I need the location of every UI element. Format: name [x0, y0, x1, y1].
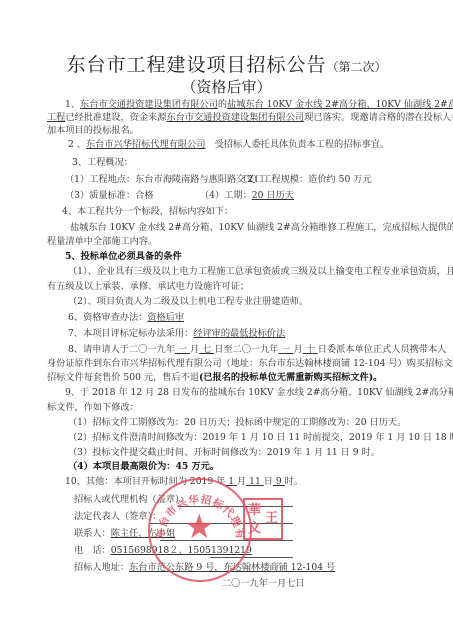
- para-8-line-1: 8、请申请人于二〇一九年 一 月 七 日至二〇一九年 一 月 十 日委派本单位正…: [68, 344, 446, 356]
- seal-char: 王: [265, 510, 278, 528]
- text: 8、请申请人于二〇一九年: [68, 344, 175, 355]
- para-4-line-1: 盐城东台 10KV 金水线 2#高分箱、10KV 仙湖线 2#高分箱维修工程施工…: [70, 222, 453, 234]
- start-month: 一: [175, 344, 190, 355]
- text: 时。: [285, 476, 303, 487]
- para-4-heading: 4、本工程共分一个标段，招标内容如下：: [62, 206, 233, 218]
- seal-char: 文: [248, 520, 261, 538]
- text: 日委派本单位正式人员携带本人: [318, 344, 447, 355]
- label: 联系人：: [74, 528, 111, 539]
- para-1-line-3: 加本项目的投标报名。: [47, 125, 139, 137]
- end-month: 一: [278, 344, 293, 355]
- owner-name: 东台市交通投资建设集团有限公司: [80, 99, 218, 110]
- seal-char: 華: [248, 502, 261, 520]
- amendment-4: （4）本项目最高限价为：45 万元。: [68, 461, 219, 473]
- document-title: 东台市工程建设项目招标公告（第二次）: [0, 50, 453, 77]
- end-day: 十: [303, 344, 318, 355]
- text: 日: [264, 476, 273, 487]
- para-number: 1、: [65, 99, 80, 110]
- company-seal-stamp: 东台市兴华招标代理有限公司 ★: [148, 478, 252, 582]
- project-scale: （2）工程规模：造价约 50 万元: [238, 174, 372, 186]
- open-hour: 9: [273, 476, 285, 487]
- text: 已经批准建设，资金来源: [65, 112, 166, 123]
- amendment-2: （2）招标文件澄清时间修改为：2019 年 1 月 10 日 11 时前提交，2…: [68, 432, 453, 444]
- para-7: 7、本项目评标定标办法采用：经评审的最低投标价法: [68, 328, 285, 340]
- label: 招标人地址：: [74, 562, 129, 573]
- label: 7、本项目评标定标办法采用：: [68, 328, 193, 339]
- para-3-heading: 3、工程概况：: [72, 157, 133, 169]
- quality-standard: （3）质量标准：合格: [65, 190, 154, 202]
- para-1-line-2: 工程已经批准建设，资金来源东台市交通投资建设集团有限公司现已落实。现邀请合格的潜…: [47, 112, 453, 124]
- construction-period: （4）工期：20 日历天: [200, 190, 294, 202]
- requirement-2: （2）、项目负责人为二级及以上机电工程专业注册建造师。: [68, 296, 308, 308]
- para-5-heading: 5、投标单位必须具备的条件: [65, 251, 182, 263]
- personal-seal-stamp: 華 王 文: [243, 498, 283, 540]
- para-6: 6、资格审查办法：资格后审: [68, 312, 184, 324]
- note-bold: (已报名的投标单位无需重新购买招标文件)。: [199, 372, 382, 383]
- tender-announcement-page: 东台市工程建设项目招标公告（第二次） （资格后审） 1、东台市交通投资建设集团有…: [0, 0, 453, 640]
- para-8-line-3: 招标文件每套售价 500 元，售后不退(已报名的投标单位无需重新购买招标文件)。: [47, 372, 382, 384]
- text: 月: [294, 344, 303, 355]
- requirement-1-line-2: 有五级及以上承装、承修、承试电力设施许可证；: [47, 281, 249, 293]
- text: 招标文件每套售价 500 元，售后不退: [47, 372, 199, 383]
- text: 受招标人委托具体负责本工程的招标事宜。: [215, 139, 390, 150]
- title-main: 东台市工程建设项目招标公告: [66, 54, 326, 76]
- requirement-1-line-1: （1）、企业具有三级及以上电力工程施工总承包资质或三级及以上输变电工程专业承包资…: [68, 266, 453, 278]
- start-day: 七: [199, 344, 214, 355]
- text: 的: [218, 99, 227, 110]
- para-number: 2 、: [68, 139, 86, 150]
- document-subtitle: （资格后审）: [0, 76, 453, 97]
- title-suffix: （第二次）: [327, 60, 387, 74]
- label: 6、资格审查办法：: [68, 312, 147, 323]
- text: 现已落实。现邀请合格的潜在投标人参: [304, 112, 453, 123]
- project-name-cont: 工程: [47, 112, 65, 123]
- para-1-line-1: 1、东台市交通投资建设集团有限公司的盐城东台 10KV 金水线 2#高分箱、10…: [65, 99, 453, 111]
- qualification-method: 资格后审: [147, 312, 184, 323]
- text: 日至二〇一九年: [214, 344, 278, 355]
- period-value: 20 日历天: [252, 190, 294, 201]
- para-9-line-2: 标文件，作如下修改：: [47, 402, 139, 414]
- project-name: 盐城东台 10KV 金水线 2#高分箱、10KV 仙湖线 2#高分箱维修: [227, 99, 453, 110]
- para-9-line-1: 9、于 2018 年 12 月 28 日发布的盐城东台 10KV 金水线 2#高…: [65, 387, 453, 399]
- para-8-line-2: 身份证原件到东台市兴华招标代理有限公司（地址：东台市东达翰林楼商铺 12-104…: [47, 358, 453, 370]
- para-4-line-2: 程量清单中全部施工内容。: [47, 236, 157, 248]
- label: 电 话：: [74, 545, 111, 556]
- agent-name: 东台市兴华招标代理有限公司: [86, 139, 205, 150]
- amendment-1: （1）招标文件工期修改为：20 日历天；投标函中规定的工期修改为：20 日历天。: [68, 417, 406, 429]
- label: （4）工期：: [200, 190, 252, 201]
- amendment-3: （3）投标文件提交截止时间、开标时间修改为：2019 年 1 月 11 日 9 …: [68, 447, 380, 459]
- project-location: （1）工程地点：东台市海陵南路与惠阳路交叉口: [65, 174, 264, 186]
- star-icon: ★: [184, 510, 214, 544]
- evaluation-method: 经评审的最低投标价法: [193, 328, 285, 339]
- para-2: 2 、东台市兴华招标代理有限公司 受招标人委托具体负责本工程的招标事宜。: [68, 139, 389, 151]
- text: 月: [190, 344, 199, 355]
- fund-source: 东台市交通投资建设集团有限公司: [166, 112, 304, 123]
